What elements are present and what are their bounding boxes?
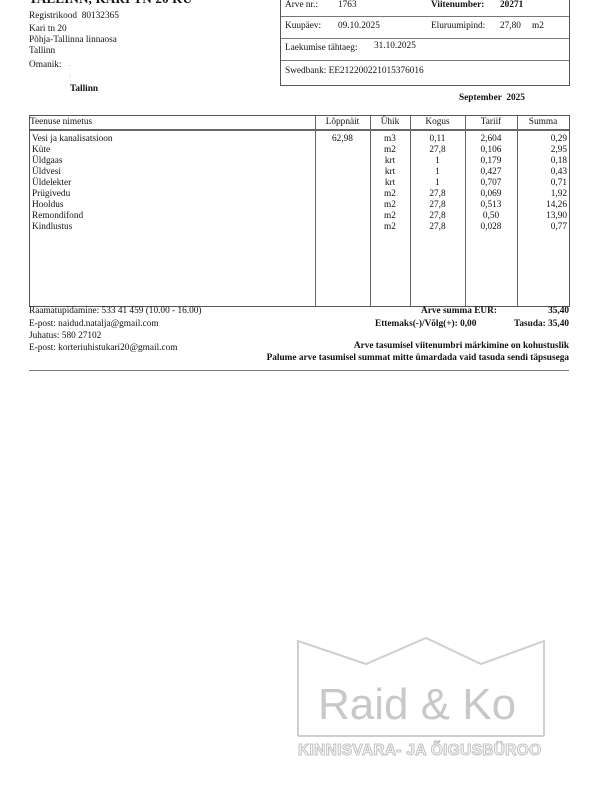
registry-code-label: Registrikood [29,11,77,21]
cell-unit: m3 [370,134,410,145]
table-row: Üldgaaskrt10,1790,18 [30,156,569,167]
cell-qty: 1 [410,167,465,178]
cell-tariff: 0,50 [465,211,517,222]
area-label: Eluruumipind: [431,21,485,31]
notice-reference: Arve tasumisel viitenumbri märkimine on … [354,341,569,351]
cell-tariff: 0,028 [465,222,517,233]
date-label: Kuupäev: [285,21,321,31]
cell-qty: 27,8 [410,222,465,233]
billing-period: September 2025 [459,93,525,103]
cell-tariff: 2,604 [465,134,517,145]
cell-sum: 0,29 [517,134,567,145]
cell-qty: 27,8 [410,145,465,156]
balance: Ettemaks(-)/Võlg(+): 0,00 [375,319,476,329]
bank-label: Swedbank: [285,66,326,76]
cell-name: Üldvesi [32,167,312,178]
cell-unit: krt [370,178,410,189]
header-sum: Summa [517,117,569,127]
cell-name: Kindlustus [32,222,312,233]
cell-qty: 1 [410,178,465,189]
header-reading: Lõppnäit [315,117,370,127]
table-row: Üldelekterkrt10,7070,71 [30,178,569,189]
association-title: TALLINN, KARI TN 20 KÜ [29,0,192,7]
table-row: Hooldusm227,80,51314,26 [30,200,569,211]
info-row-date: Kuupäev: 09.10.2025 Eluruumipind: 27,80 … [281,16,569,39]
cell-tariff: 0,427 [465,167,517,178]
cell-name: Remondifond [32,211,312,222]
header-service: Teenuse nimetus [30,117,92,127]
notice-rounding: Palume arve tasumisel summat mitte ümard… [267,353,569,363]
cell-sum: 1,92 [517,189,567,200]
logo-tagline: KINNISVARA- JA ÕIGUSBÜROO [298,742,541,760]
address-line1: Kari tn 20 [29,24,67,35]
header-tariff: Tariif [465,117,517,127]
cell-sum: 0,18 [517,156,567,167]
cell-tariff: 0,513 [465,200,517,211]
cell-sum: 13,90 [517,211,567,222]
cell-tariff: 0,069 [465,189,517,200]
footer-divider [29,370,569,371]
header-unit: Ühik [370,117,410,127]
due-label: Laekumise tähtaeg: [285,43,358,53]
total-amount: 35,40 [548,306,569,316]
cell-name: Küte [32,145,312,156]
area-unit: m2 [532,21,544,31]
reference-label: Viitenumber: [431,0,484,10]
table-row: Kindlustusm227,80,0280,77 [30,222,569,233]
cell-tariff: 0,106 [465,145,517,156]
cell-unit: krt [370,156,410,167]
bank-iban: EE212200221015376016 [329,66,424,76]
cell-name: Üldgaas [32,156,312,167]
address-line2: Põhja-Tallinna linnaosa [29,35,117,46]
cell-unit: m2 [370,145,410,156]
cell-unit: m2 [370,222,410,233]
cell-name: Prügivedu [32,189,312,200]
board-email: E-post: korteriuhistukari20@gmail.com [29,343,178,353]
cell-sum: 0,43 [517,167,567,178]
accounting-email: E-post: naidud.natalja@gmail.com [29,319,159,329]
cell-sum: 2,95 [517,145,567,156]
cell-qty: 27,8 [410,189,465,200]
invoice-info-box: Arve nr.: 1763 Viitenumber: 20271 Kuupäe… [280,0,570,86]
header-divider [30,129,569,131]
registry-code-value: 80132365 [82,11,119,21]
info-row-invoice: Arve nr.: 1763 Viitenumber: 20271 [281,0,569,17]
cell-sum: 14,26 [517,200,567,211]
reference-number: 20271 [500,0,523,10]
area-value: 27,80 [500,21,521,31]
table-row: Remondifondm227,80,5013,90 [30,211,569,222]
owner-line2: : [69,70,71,81]
cell-qty: 1 [410,156,465,167]
cell-unit: m2 [370,211,410,222]
invoice-date: 09.10.2025 [338,21,380,31]
cell-unit: m2 [370,200,410,211]
cell-sum: 0,77 [517,222,567,233]
registry-code: Registrikood 80132365 [29,11,119,22]
board-contact: Juhatus: 580 27102 [29,331,101,341]
owner-label: Omanik: [29,60,62,71]
invoice-number-label: Arve nr.: [285,0,318,10]
cell-name: Hooldus [32,200,312,211]
amount-to-pay: Tasuda: 35,40 [514,319,569,329]
cell-unit: krt [370,167,410,178]
table-row: Kütem227,80,1062,95 [30,145,569,156]
bank-account: Swedbank: EE212200221015376016 [285,66,424,76]
company-logo: Raid & Ko KINNISVARA- JA ÕIGUSBÜROO [296,636,546,766]
owner-name: . [69,59,71,70]
table-row: Prügivedum227,80,0691,92 [30,189,569,200]
cell-tariff: 0,707 [465,178,517,189]
accounting-contact: Raamatupidamine: 533 41 459 (10.00 - 16.… [29,306,201,316]
owner-city: Tallinn [70,84,98,95]
table-row: Vesi ja kanalisatsioon62,98m30,112,6040,… [30,134,569,145]
due-date: 31.10.2025 [374,41,416,51]
cell-sum: 0,71 [517,178,567,189]
services-table: Teenuse nimetus Lõppnäit Ühik Kogus Tari… [29,115,570,307]
address-city: Tallinn [29,46,55,57]
cell-name: Üldelekter [32,178,312,189]
cell-unit: m2 [370,189,410,200]
cell-qty: 27,8 [410,200,465,211]
info-row-due: Laekumise tähtaeg: 31.10.2025 [281,38,569,61]
cell-tariff: 0,179 [465,156,517,167]
invoice-number: 1763 [338,0,357,10]
total-label: Arve summa EUR: [421,306,497,316]
cell-name: Vesi ja kanalisatsioon [32,134,312,145]
logo-name: Raid & Ko [318,680,516,730]
cell-qty: 27,8 [410,211,465,222]
cell-qty: 0,11 [410,134,465,145]
table-row: Üldvesikrt10,4270,43 [30,167,569,178]
cell-reading: 62,98 [315,134,370,145]
header-quantity: Kogus [410,117,465,127]
